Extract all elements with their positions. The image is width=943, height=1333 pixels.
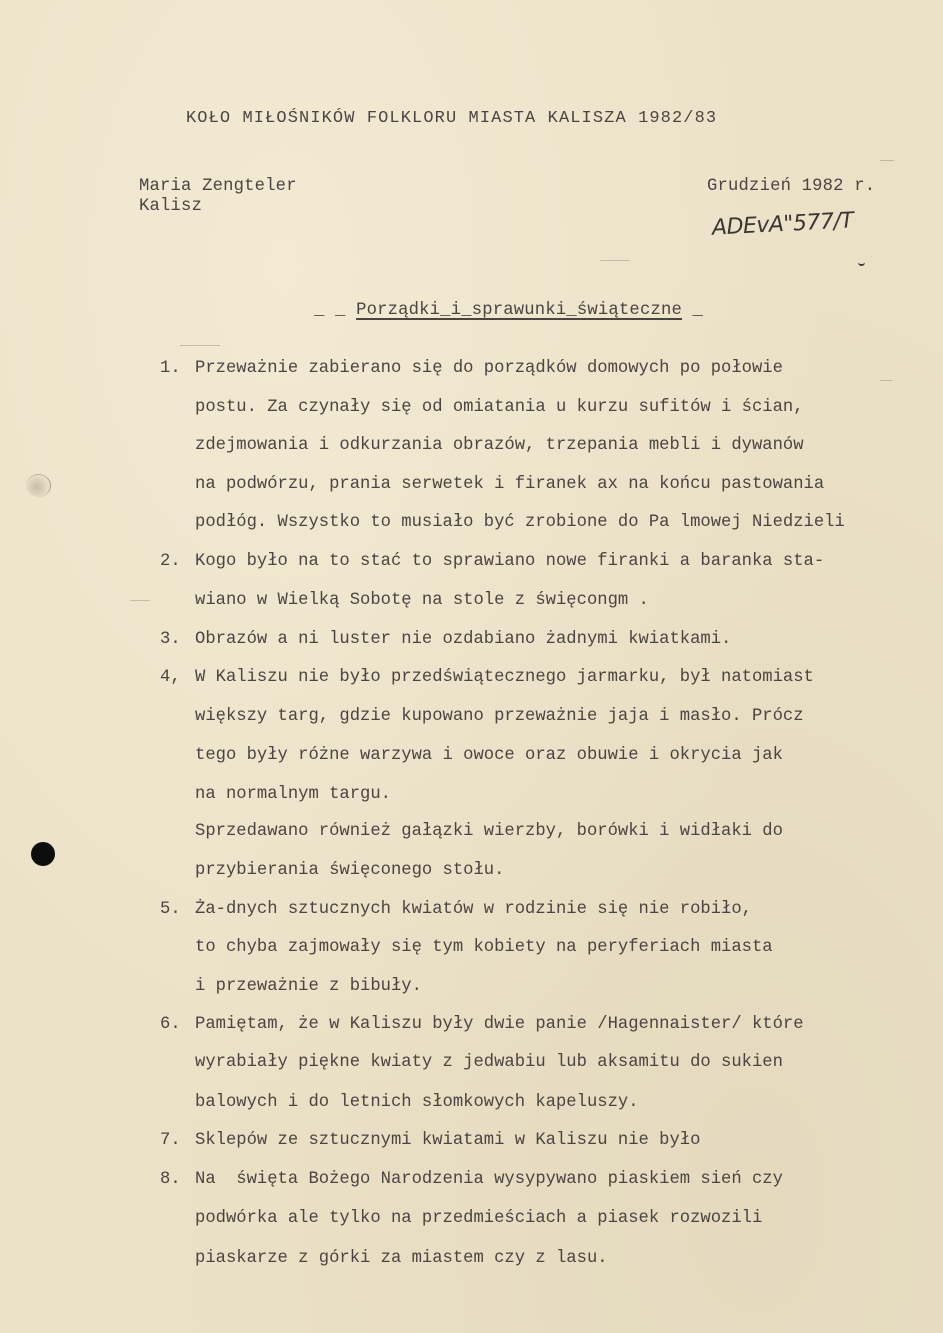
item-number: 4, [160, 669, 181, 686]
item-line: na normalnym targu. [195, 786, 391, 803]
item-number: 1. [160, 360, 181, 377]
item-line: Sklepów ze sztucznymi kwiatami w Kaliszu… [195, 1132, 700, 1149]
title-suffix: _ [682, 301, 703, 320]
paper-sheet: KOŁO MIŁOŚNIKÓW FOLKLORU MIASTA KALISZA … [0, 0, 943, 1333]
item-line: zdejmowania i odkurzania obrazów, trzepa… [195, 437, 804, 454]
item-line: W Kaliszu nie było przedświątecznego jar… [195, 669, 814, 686]
title-prefix: _ _ [314, 301, 356, 320]
item-number: 7. [160, 1132, 181, 1149]
item-line: wiano w Wielką Sobotę na stole z święcon… [195, 592, 649, 609]
paper-speck [130, 600, 150, 601]
item-line: większy targ, gdzie kupowano przeważnie … [195, 708, 804, 725]
item-number: 5. [160, 901, 181, 918]
item-line: postu. Za czynały się od omiatania u kur… [195, 399, 804, 416]
item-line: podwórka ale tylko na przedmieściach a p… [195, 1210, 762, 1227]
item-line: Sprzedawano również gałązki wierzby, bor… [195, 823, 783, 840]
item-line: to chyba zajmowały się tym kobiety na pe… [195, 939, 773, 956]
item-line: Przeważnie zabierano się do porządków do… [195, 360, 783, 377]
item-line: wyrabiały piękne kwiaty z jedwabiu lub a… [195, 1054, 783, 1071]
document-date: Grudzień 1982 r. [707, 178, 875, 195]
item-number: 2. [160, 553, 181, 570]
item-line: Pamiętam, że w Kaliszu były dwie panie /… [195, 1016, 804, 1033]
handwritten-archive-signature: ADEvA"577/T [711, 208, 854, 240]
punch-hole [31, 842, 55, 866]
author-name: Maria Zengteler [139, 178, 297, 195]
paper-speck [880, 380, 892, 381]
item-number: 3. [160, 631, 181, 648]
item-line: i przeważnie z bibuły. [195, 978, 422, 995]
document-title: _ _ Porządki_i_sprawunki_świąteczne _ [314, 302, 703, 319]
item-line: Obrazów a ni luster nie ozdabiano żadnym… [195, 631, 731, 648]
paper-speck [880, 160, 894, 161]
paper-speck [600, 260, 630, 261]
item-line: podłóg. Wszystko to musiało być zrobione… [195, 514, 845, 531]
title-text: Porządki_i_sprawunki_świąteczne [356, 301, 682, 320]
item-line: przybierania święconego stołu. [195, 862, 504, 879]
item-number: 6. [160, 1016, 181, 1033]
organization-header: KOŁO MIŁOŚNIKÓW FOLKLORU MIASTA KALISZA … [186, 110, 717, 127]
item-line: Kogo było na to stać to sprawiano nowe f… [195, 553, 824, 570]
item-line: na podwórzu, prania serwetek i firanek a… [195, 476, 824, 493]
item-line: Na święta Bożego Narodzenia wysypywano p… [195, 1171, 783, 1188]
author-city: Kalisz [139, 198, 202, 215]
item-line: piaskarze z górki za miastem czy z lasu. [195, 1250, 608, 1267]
item-number: 8. [160, 1171, 181, 1188]
faint-punch-hole-mark [26, 474, 51, 497]
item-line: tego były różne warzywa i owoce oraz obu… [195, 747, 783, 764]
item-line: Ża-dnych sztucznych kwiatów w rodzinie s… [195, 901, 752, 918]
item-line: balowych i do letnich słomkowych kapelus… [195, 1094, 639, 1111]
paper-speck [180, 345, 220, 346]
handwritten-tick-mark [858, 260, 865, 266]
